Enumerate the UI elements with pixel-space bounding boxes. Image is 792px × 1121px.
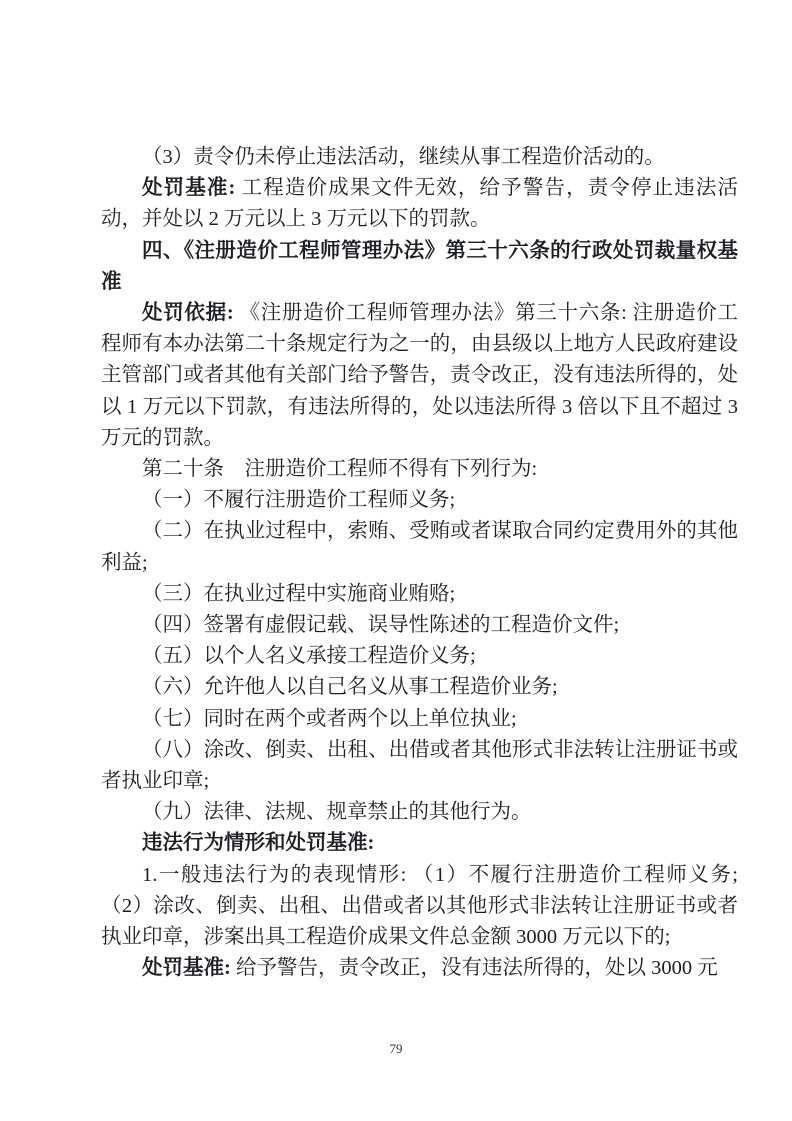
paragraph: （五）以个人名义承接工程造价义务; [101, 641, 738, 672]
paragraph: 处罚依据: 《注册造价工程师管理办法》第三十六条: 注册造价工程师有本办法第二十… [101, 298, 738, 454]
paragraph-text: （五）以个人名义承接工程造价义务; [142, 645, 476, 667]
paragraph-text: （九）法律、法规、规章禁止的其他行为。 [142, 801, 532, 823]
document-body: （3）责令仍未停止违法活动，继续从事工程造价活动的。 处罚基准: 工程造价成果文… [101, 142, 738, 984]
paragraph: （八）涂改、倒卖、出租、出借或者其他形式非法转让注册证书或者执业印章; [101, 735, 738, 797]
paragraph-text: （3）责令仍未停止违法活动，继续从事工程造价活动的。 [142, 146, 665, 168]
paragraph-text: 违法行为情形和处罚基准: [142, 832, 374, 854]
paragraph-text: 第二十条 注册造价工程师不得有下列行为: [142, 458, 537, 480]
paragraph: 违法行为情形和处罚基准: [101, 828, 738, 859]
paragraph: （二）在执业过程中，索贿、受贿或者谋取合同约定费用外的其他利益; [101, 516, 738, 578]
paragraph: 处罚基准: 给予警告，责令改正，没有违法所得的，处以 3000 元 [101, 953, 738, 984]
page-footer: 79 [0, 1041, 792, 1057]
paragraph: 第二十条 注册造价工程师不得有下列行为: [101, 454, 738, 485]
document-page: （3）责令仍未停止违法活动，继续从事工程造价活动的。 处罚基准: 工程造价成果文… [0, 0, 792, 1121]
paragraph: （一）不履行注册造价工程师义务; [101, 485, 738, 516]
paragraph: 四、《注册造价工程师管理办法》第三十六条的行政处罚裁量权基准 [101, 236, 738, 298]
paragraph: 1.一般违法行为的表现情形: （1）不履行注册造价工程师义务; （2）涂改、倒卖… [101, 860, 738, 954]
paragraph: （三）在执业过程中实施商业贿赂; [101, 579, 738, 610]
paragraph: （3）责令仍未停止违法活动，继续从事工程造价活动的。 [101, 142, 738, 173]
paragraph-text: 1.一般违法行为的表现情形: （1）不履行注册造价工程师义务; （2）涂改、倒卖… [101, 864, 738, 948]
page-number: 79 [390, 1041, 403, 1056]
paragraph-text: （四）签署有虚假记载、误导性陈述的工程造价文件; [142, 614, 619, 636]
paragraph-text: （二）在执业过程中，索贿、受贿或者谋取合同约定费用外的其他利益; [101, 520, 738, 573]
paragraph-text: （六）允许他人以自己名义从事工程造价业务; [142, 676, 558, 698]
paragraph-lead: 处罚基准: [142, 177, 242, 199]
paragraph-text: （七）同时在两个或者两个以上单位执业; [142, 708, 517, 730]
paragraph: （六）允许他人以自己名义从事工程造价业务; [101, 672, 738, 703]
paragraph-text: 给予警告，责令改正，没有违法所得的，处以 3000 元 [236, 957, 718, 979]
paragraph-text: （八）涂改、倒卖、出租、出借或者其他形式非法转让注册证书或者执业印章; [101, 739, 738, 792]
paragraph: （九）法律、法规、规章禁止的其他行为。 [101, 797, 738, 828]
paragraph-lead: 处罚依据: [142, 302, 239, 324]
paragraph: 处罚基准: 工程造价成果文件无效，给予警告，责令停止违法活动，并处以 2 万元以… [101, 173, 738, 235]
paragraph-lead: 处罚基准: [142, 957, 236, 979]
paragraph-text: 《注册造价工程师管理办法》第三十六条: 注册造价工程师有本办法第二十条规定行为之… [101, 302, 738, 449]
paragraph: （七）同时在两个或者两个以上单位执业; [101, 704, 738, 735]
paragraph: （四）签署有虚假记载、误导性陈述的工程造价文件; [101, 610, 738, 641]
paragraph-text: （三）在执业过程中实施商业贿赂; [142, 583, 455, 605]
paragraph-text: 四、《注册造价工程师管理办法》第三十六条的行政处罚裁量权基准 [101, 240, 738, 293]
paragraph-text: （一）不履行注册造价工程师义务; [142, 489, 455, 511]
